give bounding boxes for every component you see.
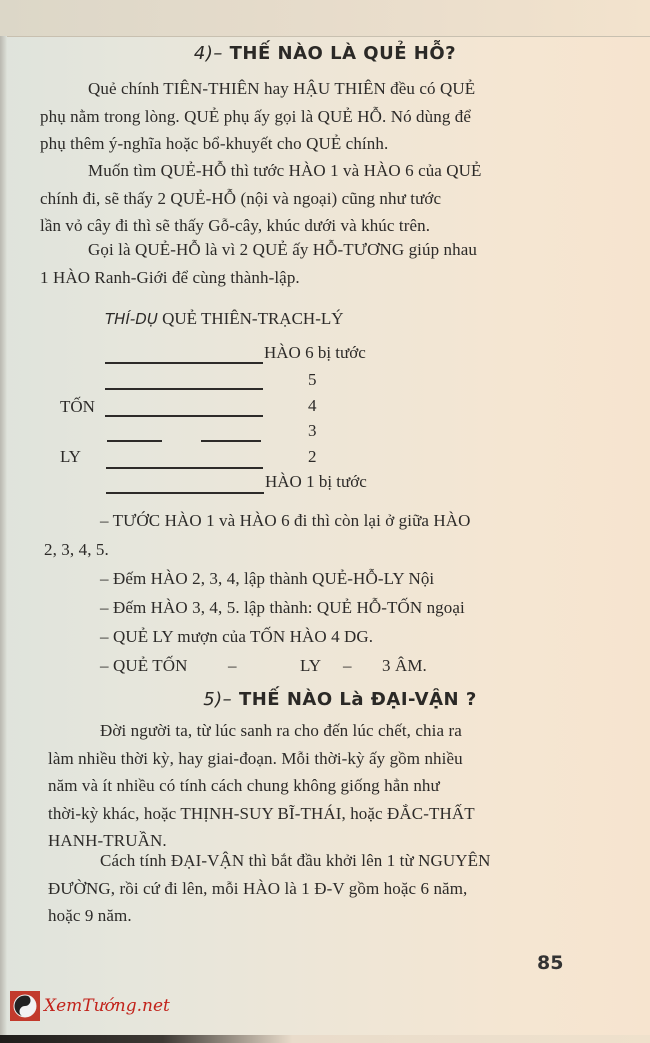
example-prefix: THÍ-DỤ [105, 310, 158, 328]
section-4-heading: 4)– THẾ NÀO LÀ QUẺ HỖ? [0, 43, 650, 64]
page-binding-edge [0, 36, 7, 1036]
hao-3-broken-line-right [201, 440, 261, 442]
text-line: năm và ít nhiều có tính cách chung không… [48, 772, 475, 800]
hao-2-solid-line [106, 467, 263, 469]
text-line: thời-kỳ khác, hoặc THỊNH-SUY BĨ-THÁI, ho… [48, 800, 475, 828]
section-5-number: 5)– [203, 689, 232, 710]
example-hexagram-name: QUẺ THIÊN-TRẠCH-LÝ [162, 309, 343, 328]
text-line: Đời người ta, từ lúc sanh ra cho đến lúc… [100, 717, 475, 745]
section-4-title: THẾ NÀO LÀ QUẺ HỖ? [230, 43, 456, 64]
section-4-paragraph-3: Gọi là QUẺ-HỖ là vì 2 QUẺ ấy HỖ-TƯƠNG gi… [88, 236, 477, 291]
text-line: hoặc 9 năm. [48, 902, 491, 930]
text-line: Cách tính ĐẠI-VẬN thì bắt đầu khởi lên 1… [100, 847, 491, 875]
text-line: làm nhiều thời kỳ, hay giai-đoạn. Mỗi th… [48, 745, 475, 773]
text-line: Quẻ chính TIÊN-THIÊN hay HẬU THIÊN đều c… [88, 75, 475, 103]
text-line: phụ thêm ý-nghĩa hoặc bổ-khuyết cho QUẺ … [40, 130, 475, 158]
hao-2-label: 2 [308, 447, 317, 467]
note-part: – [343, 651, 352, 680]
note-line-last: – QUẺ TỐN – LY – 3 ÂM. [100, 651, 471, 680]
text-line: Gọi là QUẺ-HỖ là vì 2 QUẺ ấy HỖ-TƯƠNG gi… [88, 236, 477, 264]
note-line: – QUẺ LY mượn của TỐN HÀO 4 DG. [100, 622, 471, 651]
text-line: Muốn tìm QUẺ-HỖ thì tước HÀO 1 và HÀO 6 … [88, 157, 482, 185]
note-line: 2, 3, 4, 5. [44, 535, 471, 564]
text-line: ĐƯỜNG, rồi cứ đi lên, mỗi HÀO là 1 Đ-V g… [48, 875, 491, 903]
watermark-logo[interactable]: XemTướng.net [10, 991, 170, 1021]
hao-6-label: HÀO 6 bị tước [264, 343, 366, 363]
note-line: – Đếm HÀO 2, 3, 4, lập thành QUẺ-HỖ-LY N… [100, 564, 471, 593]
hao-1-label: HÀO 1 bị tước [265, 472, 367, 492]
hao-5-label: 5 [308, 370, 317, 390]
section-4-number: 4)– [194, 43, 223, 64]
note-line: – TƯỚC HÀO 1 và HÀO 6 đi thì còn lại ở g… [100, 506, 471, 535]
note-part: 3 ÂM. [382, 651, 427, 680]
page-bottom-edge [0, 1035, 650, 1043]
note-part: – QUẺ TỐN [100, 651, 187, 680]
section-5-heading: 5)– THẾ NÀO Là ĐẠI-VẬN ? [15, 689, 650, 710]
section-4-notes: – TƯỚC HÀO 1 và HÀO 6 đi thì còn lại ở g… [100, 506, 471, 680]
hao-5-solid-line [105, 388, 263, 390]
section-5-paragraph-2: Cách tính ĐẠI-VẬN thì bắt đầu khởi lên 1… [100, 847, 491, 930]
example-title: THÍ-DỤ QUẺ THIÊN-TRẠCH-LÝ [105, 309, 344, 329]
hao-3-broken-line-left [107, 440, 162, 442]
note-line: – Đếm HÀO 3, 4, 5. lập thành: QUẺ HỖ-TỐN… [100, 593, 471, 622]
trigram-upper-label: TỐN [60, 397, 95, 417]
page-top-edge [0, 0, 650, 37]
section-4-paragraph-1: Quẻ chính TIÊN-THIÊN hay HẬU THIÊN đều c… [88, 75, 475, 158]
hao-4-solid-line [105, 415, 263, 417]
watermark-text: XemTướng.net [44, 996, 170, 1016]
trigram-lower-label: LY [60, 447, 81, 467]
hao-1-solid-line [106, 492, 264, 494]
hao-4-label: 4 [308, 396, 317, 416]
note-part: – [228, 651, 237, 680]
section-5-paragraph-1: Đời người ta, từ lúc sanh ra cho đến lúc… [100, 717, 475, 855]
yin-yang-icon [10, 991, 40, 1021]
hao-6-solid-line [105, 362, 263, 364]
note-part: LY [300, 651, 321, 680]
page-number: 85 [537, 952, 563, 974]
section-5-title: THẾ NÀO Là ĐẠI-VẬN ? [239, 689, 477, 710]
text-line: chính đi, sẽ thấy 2 QUẺ-HỖ (nội và ngoại… [40, 185, 482, 213]
text-line: 1 HÀO Ranh-Giới để cùng thành-lập. [40, 264, 477, 292]
section-4-paragraph-2: Muốn tìm QUẺ-HỖ thì tước HÀO 1 và HÀO 6 … [88, 157, 482, 240]
text-line: phụ nằm trong lòng. QUẺ phụ ấy gọi là QU… [40, 103, 475, 131]
hao-3-label: 3 [308, 421, 317, 441]
